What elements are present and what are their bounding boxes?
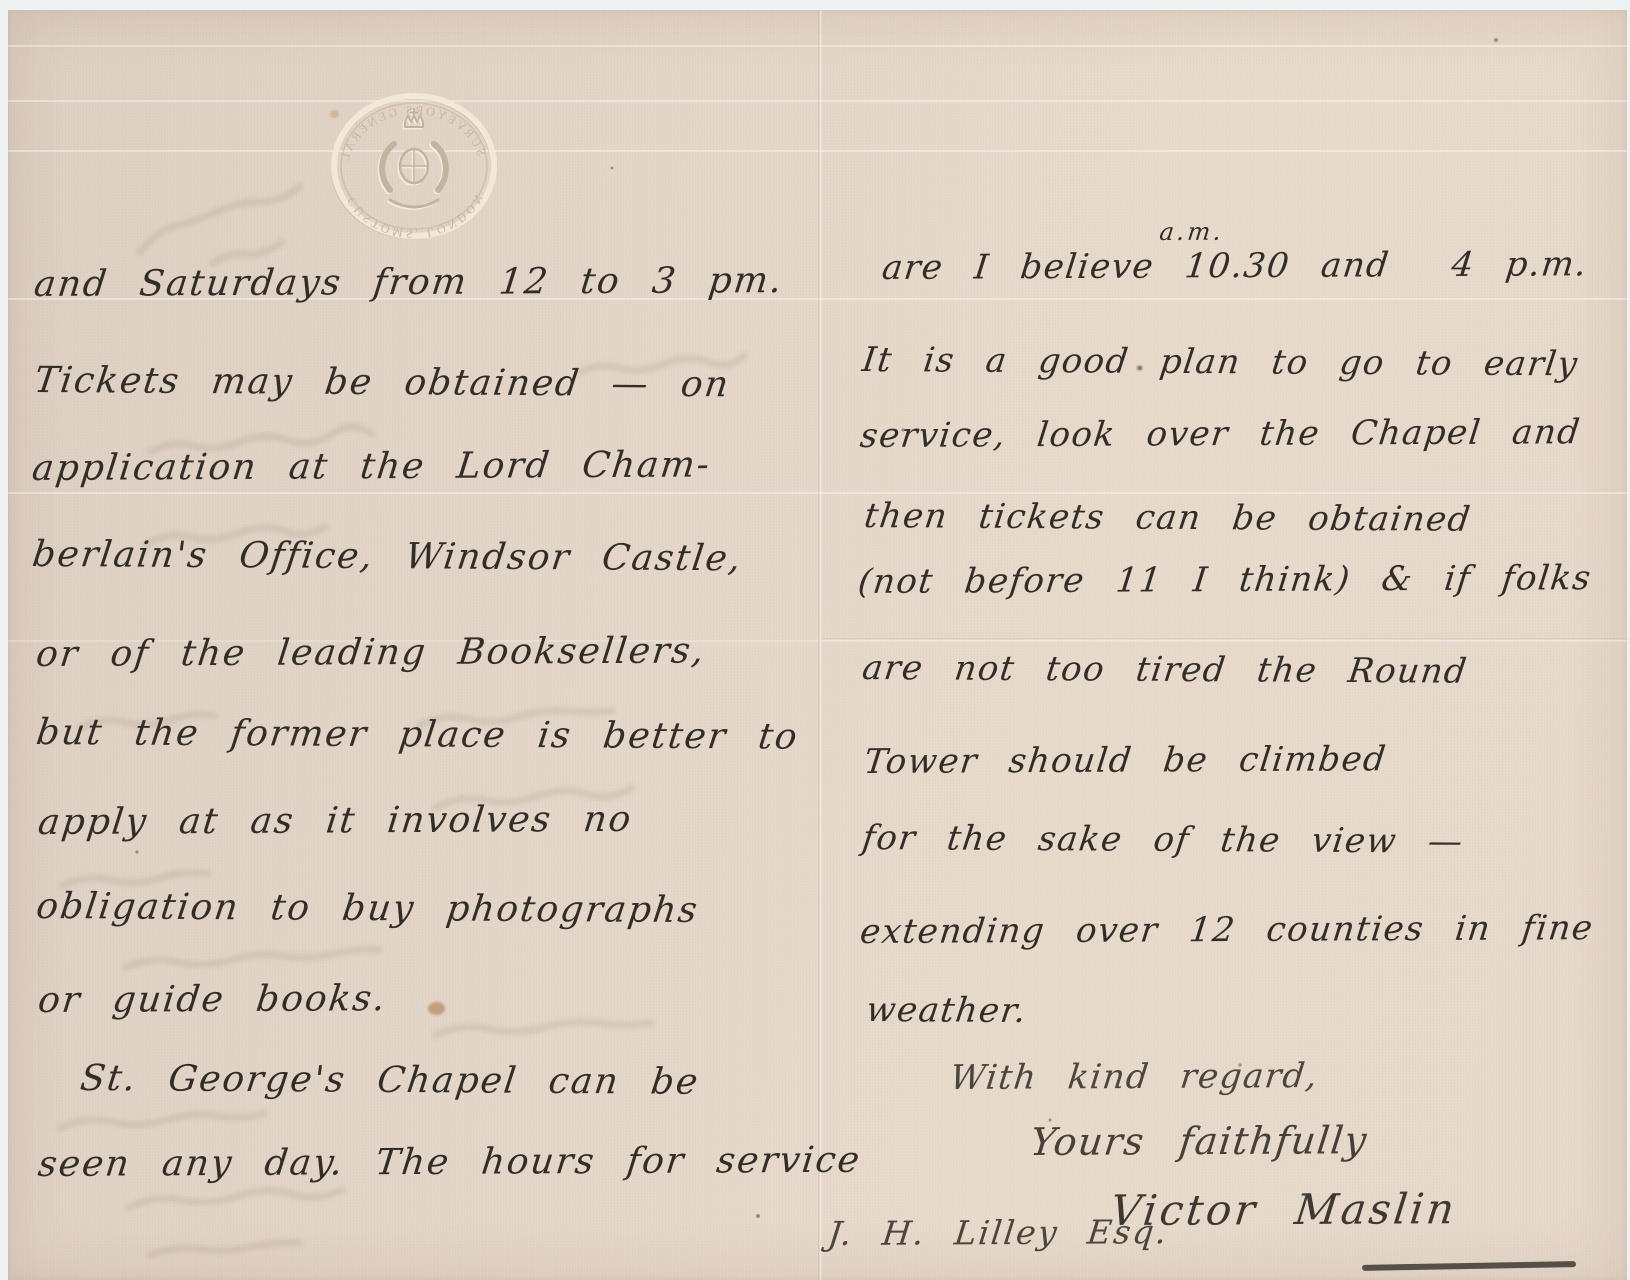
handwriting-line: (not before 11 I think) & if folks — [856, 558, 1594, 602]
handwriting-line: extending over 12 counties in fine — [858, 908, 1596, 952]
handwriting-line: are not too tired the Round — [860, 648, 1470, 692]
handwriting-line: St. George's Chapel can be — [78, 1058, 702, 1103]
handwriting-line: and Saturdays from 12 to 3 pm. — [32, 260, 786, 305]
closing-line: With kind regard, — [948, 1056, 1321, 1098]
coat-of-arms-highlight — [381, 111, 445, 209]
paper-stain — [330, 110, 339, 118]
handwriting-line: weather. — [864, 990, 1030, 1031]
closing-line: Yours faithfully — [1028, 1118, 1370, 1164]
handwriting-line: It is a good plan to go to early — [860, 340, 1581, 384]
handwriting-line: or of the leading Booksellers, — [34, 631, 708, 675]
fold-crease-vertical — [818, 10, 823, 1280]
handwriting-line: service, look over the Chapel and — [858, 412, 1583, 456]
handwriting-line: Tickets may be obtained — on — [32, 360, 733, 405]
handwriting-line: then tickets can be obtained — [862, 496, 1474, 540]
handwriting-line: or guide books. — [36, 978, 389, 1021]
fold-crease-horizontal — [822, 638, 1630, 641]
paper-stain — [1136, 365, 1143, 371]
coat-of-arms-icon — [382, 109, 446, 207]
handwriting-line: Tower should be climbed — [862, 739, 1389, 782]
handwriting-line: but the former place is better to — [34, 712, 801, 758]
inserted-am-annotation: a.m. — [1158, 218, 1226, 246]
handwriting-line: are I believe 10.30 and 4 p.m. — [880, 244, 1590, 288]
paper-stain — [428, 1002, 445, 1015]
svg-text:CUSTOMS, LONDON: CUSTOMS, LONDON — [344, 190, 487, 241]
handwriting-line: obligation to buy photographs — [34, 886, 701, 931]
seal-bottom-text: CUSTOMS, LONDON — [344, 190, 487, 241]
seal-mirrored-group: SURVEYORS GENERAL CUSTOMS, LONDON — [332, 96, 494, 241]
handwriting-line: seen any day. The hours for service — [36, 1140, 864, 1185]
embossed-seal: SURVEYORS GENERAL CUSTOMS, LONDON — [328, 88, 500, 244]
handwriting-line: application at the Lord Cham- — [30, 444, 713, 489]
handwriting-line: for the sake of the view — — [860, 818, 1466, 862]
handwriting-line: apply at as it involves no — [36, 799, 635, 843]
handwriting-line: berlain's Office, Windsor Castle, — [30, 534, 745, 579]
addressee: J. H. Lilley Esq. — [826, 1212, 1171, 1253]
